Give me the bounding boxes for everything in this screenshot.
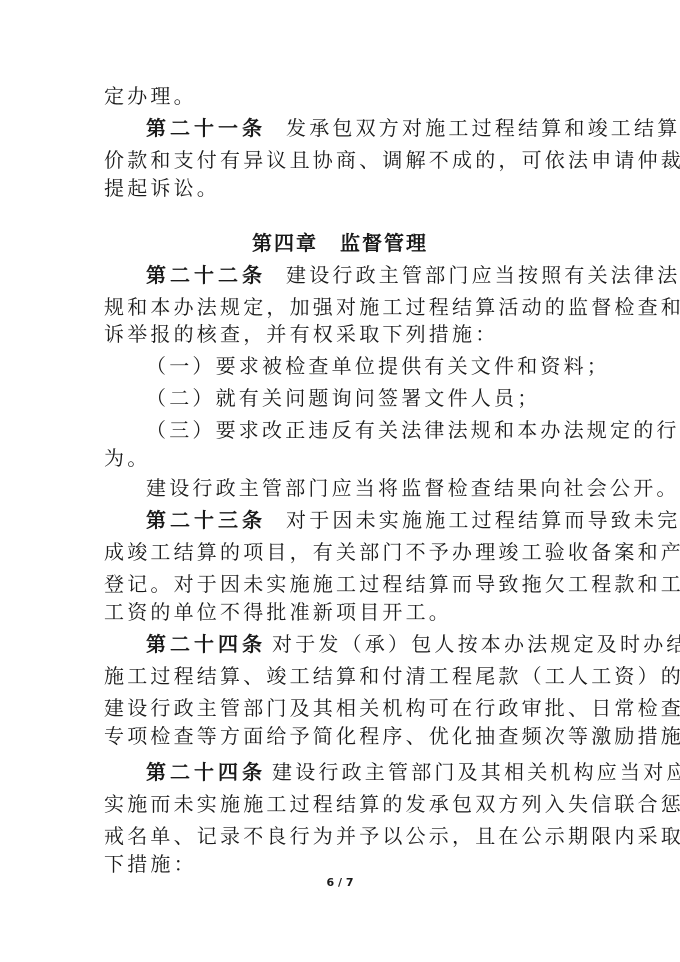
line-text: 定办理。 <box>104 84 197 108</box>
paragraph-line: 下措施： <box>104 852 580 876</box>
list-item-1: （一）要求被检查单位提供有关文件和资料； <box>146 354 580 378</box>
paragraph-line: 规和本办法规定，加强对施工过程结算活动的监督检查和投 <box>104 295 580 319</box>
line-text: 登记。对于因未实施施工过程结算而导致拖欠工程款和工人 <box>104 572 680 596</box>
line-text: 下措施： <box>104 852 197 876</box>
line-text: 专项检查等方面给予简化程序、优化抽查频次等激励措施。 <box>104 724 680 748</box>
line-text: 价款和支付有异议且协商、调解不成的，可依法申请仲裁或 <box>104 148 680 172</box>
article-24b-heading-line: 第二十四条建设行政主管部门及其相关机构应当对应 <box>146 760 580 784</box>
chapter-number: 第四章 <box>252 231 318 255</box>
line-text: 工资的单位不得批准新项目开工。 <box>104 600 452 624</box>
line-text: 建设行政主管部门及其相关机构应当对应 <box>272 760 680 784</box>
line-text: 成竣工结算的项目，有关部门不予办理竣工验收备案和产权 <box>104 540 680 564</box>
line-text: 建设行政主管部门应当将监督检查结果向社会公开。 <box>146 476 680 500</box>
paragraph-line: 建设行政主管部门应当将监督检查结果向社会公开。 <box>146 476 580 500</box>
page-number: 6 / 7 <box>0 876 680 889</box>
article-22-heading-line: 第二十二条建设行政主管部门应当按照有关法律法 <box>146 263 580 287</box>
article-23-heading-line: 第二十三条对于因未实施施工过程结算而导致未完 <box>146 508 580 532</box>
paragraph-line: 专项检查等方面给予简化程序、优化抽查频次等激励措施。 <box>104 724 580 748</box>
article-number: 第二十二条 <box>146 263 266 287</box>
list-item-3: （三）要求改正违反有关法律法规和本办法规定的行 <box>146 418 580 442</box>
paragraph-line: 登记。对于因未实施施工过程结算而导致拖欠工程款和工人 <box>104 572 580 596</box>
paragraph-line: 戒名单、记录不良行为并予以公示，且在公示期限内采取以 <box>104 824 580 848</box>
paragraph-line: 建设行政主管部门及其相关机构可在行政审批、日常检查、 <box>104 696 580 720</box>
line-text: 为。 <box>104 446 150 470</box>
line-text: 实施而未实施施工过程结算的发承包双方列入失信联合惩 <box>104 792 680 816</box>
paragraph-line: 为。 <box>104 446 580 470</box>
line-text: 提起诉讼。 <box>104 176 220 200</box>
line-text: 施工过程结算、竣工结算和付清工程尾款（工人工资）的， <box>104 664 680 688</box>
chapter-heading: 第四章监督管理 <box>0 231 680 255</box>
line-text: 诉举报的核查，并有权采取下列措施： <box>104 322 498 346</box>
article-24-heading-line: 第二十四条对于发（承）包人按本办法规定及时办结 <box>146 632 580 656</box>
line-text: 规和本办法规定，加强对施工过程结算活动的监督检查和投 <box>104 295 680 319</box>
paragraph-line: 施工过程结算、竣工结算和付清工程尾款（工人工资）的， <box>104 664 580 688</box>
line-text: （二）就有关问题询问签署文件人员； <box>146 386 540 410</box>
article-number: 第二十四条 <box>146 760 266 784</box>
line-text: 戒名单、记录不良行为并予以公示，且在公示期限内采取以 <box>104 824 680 848</box>
paragraph-line: 工资的单位不得批准新项目开工。 <box>104 600 580 624</box>
paragraph-line: 价款和支付有异议且协商、调解不成的，可依法申请仲裁或 <box>104 148 580 172</box>
paragraph-line: 诉举报的核查，并有权采取下列措施： <box>104 322 580 346</box>
line-text: （三）要求改正违反有关法律法规和本办法规定的行 <box>146 418 680 442</box>
line-text: 对于发（承）包人按本办法规定及时办结 <box>272 632 680 656</box>
chapter-title: 监督管理 <box>340 231 428 255</box>
paragraph-line: 成竣工结算的项目，有关部门不予办理竣工验收备案和产权 <box>104 540 580 564</box>
list-item-2: （二）就有关问题询问签署文件人员； <box>146 386 580 410</box>
line-text: （一）要求被检查单位提供有关文件和资料； <box>146 354 610 378</box>
article-number: 第二十四条 <box>146 632 266 656</box>
article-21-heading-line: 第二十一条发承包双方对施工过程结算和竣工结算 <box>146 116 580 140</box>
line-text: 建设行政主管部门及其相关机构可在行政审批、日常检查、 <box>104 696 680 720</box>
paragraph-line: 实施而未实施施工过程结算的发承包双方列入失信联合惩 <box>104 792 580 816</box>
line-text: 发承包双方对施工过程结算和竣工结算 <box>286 116 680 140</box>
document-page: 定办理。 第二十一条发承包双方对施工过程结算和竣工结算 价款和支付有异议且协商、… <box>0 0 680 962</box>
line-text: 对于因未实施施工过程结算而导致未完 <box>286 508 680 532</box>
article-number: 第二十一条 <box>146 116 266 140</box>
paragraph-line: 定办理。 <box>104 84 580 108</box>
article-number: 第二十三条 <box>146 508 266 532</box>
line-text: 建设行政主管部门应当按照有关法律法 <box>286 263 680 287</box>
paragraph-line: 提起诉讼。 <box>104 176 580 200</box>
